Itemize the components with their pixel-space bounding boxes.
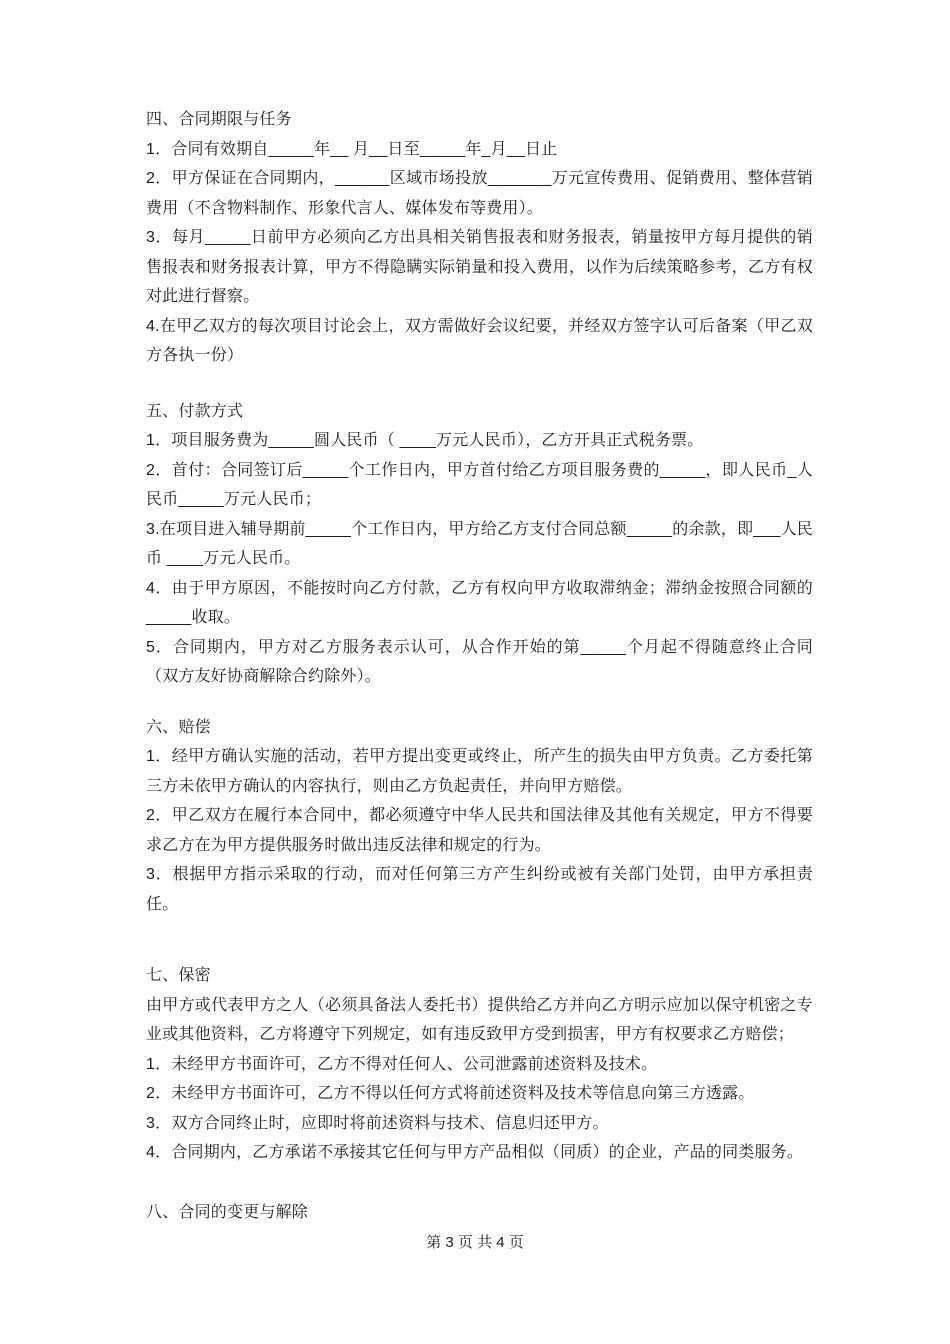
clause: 5．合同期内，甲方对乙方服务表示认可，从合作开始的第_____个月起不得随意终止… xyxy=(146,633,813,692)
clause: 1．项目服务费为_____圆人民币（ ____万元人民币），乙方开具正式税务票。 xyxy=(146,426,813,456)
section-heading: 七、保密 xyxy=(146,961,813,991)
clause: 1．未经甲方书面许可，乙方不得对任何人、公司泄露前述资料及技术。 xyxy=(146,1050,813,1080)
clause: 2．首付：合同签订后_____个工作日内，甲方首付给乙方项目服务费的_____，… xyxy=(146,456,813,515)
section-term-and-tasks: 四、合同期限与任务 1．合同有效期自_____年__ 月__日至_____年_月… xyxy=(146,105,813,371)
clause: 3．双方合同终止时，应即时将前述资料与技术、信息归还甲方。 xyxy=(146,1109,813,1139)
clause: 3.在项目进入辅导期前_____个工作日内，甲方给乙方支付合同总额_____的余… xyxy=(146,515,813,574)
section-compensation: 六、赔偿 1．经甲方确认实施的活动，若甲方提出变更或终止，所产生的损失由甲方负责… xyxy=(146,713,813,920)
section-payment: 五、付款方式 1．项目服务费为_____圆人民币（ ____万元人民币），乙方开… xyxy=(146,397,813,692)
clause: 4．由于甲方原因，不能按时向乙方付款，乙方有权向甲方收取滞纳金；滞纳金按照合同额… xyxy=(146,574,813,633)
section-heading: 八、合同的变更与解除 xyxy=(146,1198,813,1228)
contract-body: 四、合同期限与任务 1．合同有效期自_____年__ 月__日至_____年_月… xyxy=(146,105,813,1227)
clause: 1．合同有效期自_____年__ 月__日至_____年_月__日止 xyxy=(146,135,813,165)
clause: 2．甲方保证在合同期内，______区域市场投放_______万元宣传费用、促销… xyxy=(146,164,813,223)
clause: 4.在甲乙双方的每次项目讨论会上，双方需做好会议纪要，并经双方签字认可后备案（甲… xyxy=(146,312,813,371)
clause: 由甲方或代表甲方之人（必须具备法人委托书）提供给乙方并向乙方明示应加以保守机密之… xyxy=(146,991,813,1050)
section-heading: 四、合同期限与任务 xyxy=(146,105,813,135)
clause: 4．合同期内，乙方承诺不承接其它任何与甲方产品相似（同质）的企业，产品的同类服务… xyxy=(146,1138,813,1168)
section-heading: 五、付款方式 xyxy=(146,397,813,427)
clause: 3．根据甲方指示采取的行动，而对任何第三方产生纠纷或被有关部门处罚，由甲方承担责… xyxy=(146,860,813,919)
clause: 2．未经甲方书面许可，乙方不得以任何方式将前述资料及技术等信息向第三方透露。 xyxy=(146,1079,813,1109)
contract-page: 四、合同期限与任务 1．合同有效期自_____年__ 月__日至_____年_月… xyxy=(0,0,950,1344)
section-modification-termination: 八、合同的变更与解除 xyxy=(146,1198,813,1228)
clause: 1．经甲方确认实施的活动，若甲方提出变更或终止，所产生的损失由甲方负责。乙方委托… xyxy=(146,742,813,801)
page-number-footer: 第 3 页 共 4 页 xyxy=(0,1231,950,1252)
section-confidentiality: 七、保密 由甲方或代表甲方之人（必须具备法人委托书）提供给乙方并向乙方明示应加以… xyxy=(146,961,813,1168)
clause: 2．甲乙双方在履行本合同中，都必须遵守中华人民共和国法律及其他有关规定，甲方不得… xyxy=(146,801,813,860)
section-heading: 六、赔偿 xyxy=(146,713,813,743)
clause: 3．每月_____日前甲方必须向乙方出具相关销售报表和财务报表，销量按甲方每月提… xyxy=(146,223,813,312)
